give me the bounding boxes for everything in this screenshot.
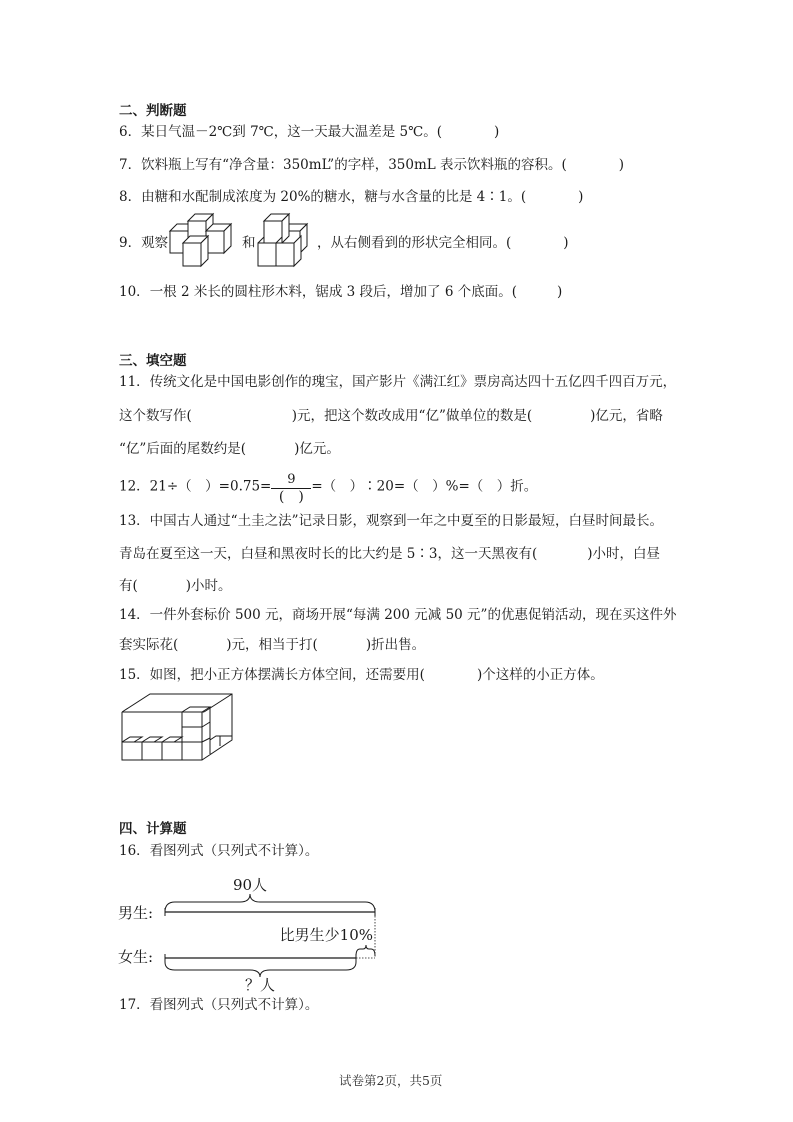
question-13-line2: 青岛在夏至这一天，白昼和黑夜时长的比大约是 5∶3，这一天黑夜有()小时，白昼 <box>119 545 660 563</box>
question-15: 15．如图，把小正方体摆满长方体空间，还需要用()个这样的小正方体。 <box>119 666 604 684</box>
question-9-and: 和 <box>242 234 256 252</box>
question-13-line1: 13．中国古人通过“土圭之法”记录日影，观察到一年之中夏至的日影最短，白昼时间最… <box>119 512 663 530</box>
question-number: 9． <box>119 235 141 251</box>
difference-label: 比男生少10% <box>280 926 373 944</box>
cube-figure-b <box>256 213 316 271</box>
question-6: 6．某日气温－2℃到 7℃，这一天最大温差是 5℃。() <box>119 123 499 141</box>
cube-figure-a <box>168 213 243 271</box>
question-number: 10． <box>119 284 150 300</box>
question-8: 8．由糖和水配制成浓度为 20%的糖水，糖与水含量的比是 4∶1。() <box>119 188 583 206</box>
boys-label: 男生: <box>118 904 153 922</box>
question-9: 9．观察 <box>119 234 168 252</box>
question-17: 17．看图列式（只列式不计算）。 <box>119 996 318 1014</box>
question-text: 由糖和水配制成浓度为 20%的糖水，糖与水含量的比是 4∶1。( <box>141 189 526 205</box>
question-12: 12．21÷（ ）=0.75=9( )=（ ）∶20=（ ）%=（ ）折。 <box>119 470 537 504</box>
question-13-line3: 有()小时。 <box>119 577 232 595</box>
question-14-line1: 14．一件外套标价 500 元，商场开展“每满 200 元减 50 元”的优惠促… <box>119 606 676 624</box>
question-number: 6． <box>119 124 141 140</box>
question-10: 10．一根 2 米长的圆柱形木料，锯成 3 段后，增加了 6 个底面。() <box>119 283 562 301</box>
question-number: 7． <box>119 157 141 173</box>
segment-diagram: 90人 男生: 比男生少10% 女生: ？人 <box>118 870 388 990</box>
girls-total-label: ？人 <box>245 976 275 994</box>
question-7: 7．饮料瓶上写有“净含量：350mL”的字样，350mL 表示饮料瓶的容积。() <box>119 156 624 174</box>
question-11-line1: 11．传统文化是中国电影创作的瑰宝，国产影片《满江红》票房高达四十五亿四千四百万… <box>119 373 676 391</box>
question-11-line3: “亿”后面的尾数约是()亿元。 <box>119 440 340 458</box>
question-text: 饮料瓶上写有“净含量：350mL”的字样，350mL 表示饮料瓶的容积。( <box>141 157 567 173</box>
section-title-fill: 三、填空题 <box>119 349 187 369</box>
fraction: 9( ) <box>271 472 311 506</box>
question-11-line2: 这个数写作()元，把这个数改成用“亿”做单位的数是()亿元，省略 <box>119 407 663 425</box>
question-text: 某日气温－2℃到 7℃，这一天最大温差是 5℃。( <box>141 124 442 140</box>
question-number: 8． <box>119 189 141 205</box>
question-text: 一根 2 米长的圆柱形木料，锯成 3 段后，增加了 6 个底面。( <box>150 284 517 300</box>
question-9-text: ，从右侧看到的形状完全相同。() <box>317 234 569 252</box>
cuboid-figure <box>120 690 232 770</box>
girls-label: 女生: <box>118 948 153 966</box>
boys-total-label: 90人 <box>233 876 267 894</box>
section-title-calc: 四、计算题 <box>119 817 187 837</box>
section-title-judge: 二、判断题 <box>119 99 187 119</box>
exam-page: 二、判断题 6．某日气温－2℃到 7℃，这一天最大温差是 5℃。() 7．饮料瓶… <box>0 0 793 1122</box>
page-footer: 试卷第2页，共5页 <box>339 1071 442 1089</box>
question-14-line2: 套实际花()元，相当于打()折出售。 <box>119 636 425 654</box>
question-16: 16．看图列式（只列式不计算）。 <box>119 842 318 860</box>
